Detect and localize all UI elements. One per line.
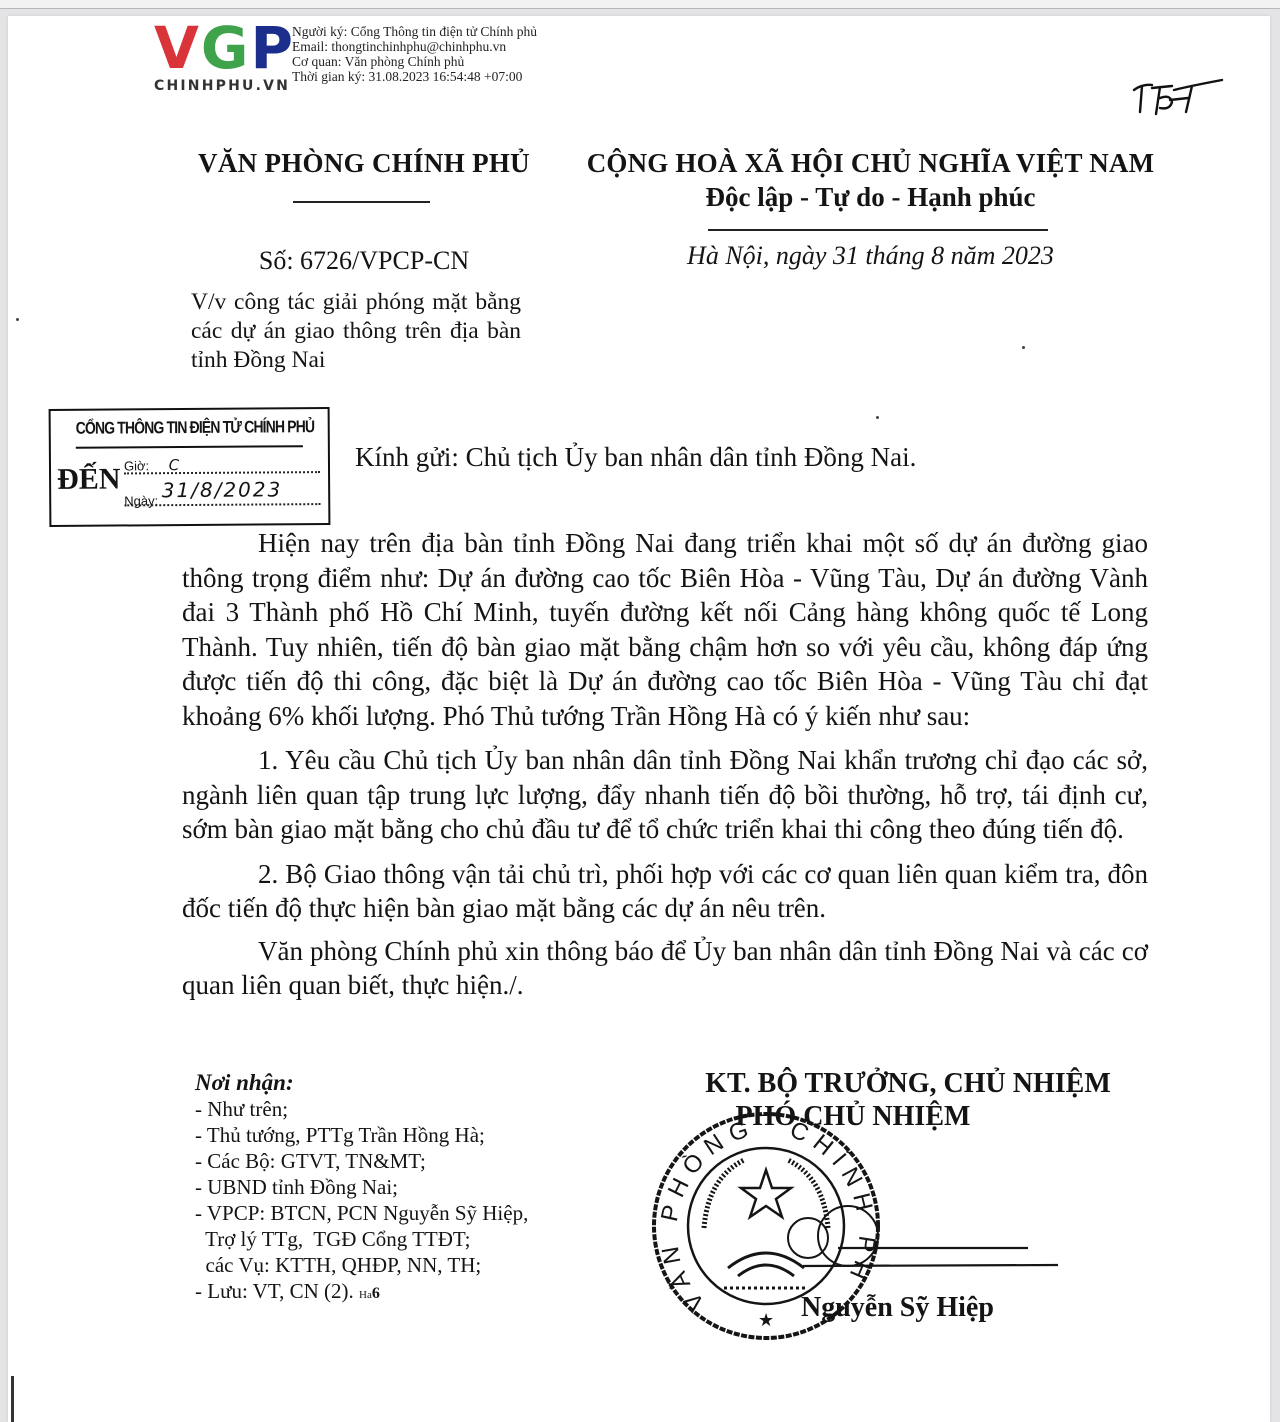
scan-speck <box>1022 346 1025 349</box>
vgp-logo-letters: VGP <box>154 20 294 76</box>
stamp-hour-value: C <box>169 456 182 474</box>
recipient-item: các Vụ: KTTH, QHĐP, NN, TH; <box>195 1252 528 1278</box>
stamp-header: CỔNG THÔNG TIN ĐIỆN TỬ CHÍNH PHỦ <box>76 409 303 449</box>
national-motto: Độc lập - Tự do - Hạnh phúc <box>578 182 1163 213</box>
signed-time-line: Thời gian ký: 31.08.2023 16:54:48 +07:00 <box>292 69 537 84</box>
viewer-top-bar <box>0 0 1280 9</box>
signer-position: PHÓ CHỦ NHIỆM <box>648 1101 1058 1133</box>
stamp-hour-label: Giờ: <box>124 458 149 473</box>
scan-speck <box>876 416 879 419</box>
scan-edge-mark <box>11 1376 14 1422</box>
document-body: Hiện nay trên địa bàn tỉnh Đồng Nai đang… <box>182 526 1148 1013</box>
recipient-item: - Như trên; <box>195 1096 528 1122</box>
scan-speck <box>16 318 19 321</box>
national-title: CỘNG HOÀ XÃ HỘI CHỦ NGHĨA VIỆT NAM <box>578 148 1163 179</box>
issuer-underline <box>293 201 430 203</box>
drafter-initials: Ha <box>359 1289 372 1301</box>
recipient-item: - Thủ tướng, PTTg Trần Hồng Hà; <box>195 1122 528 1148</box>
received-stamp: CỔNG THÔNG TIN ĐIỆN TỬ CHÍNH PHỦ ĐẾN Giờ… <box>49 407 331 527</box>
stamp-hour-field: Giờ: C <box>124 455 320 474</box>
handwritten-note-icon <box>1130 76 1230 126</box>
recipient-item: Trợ lý TTg, TGĐ Cổng TTĐT; <box>195 1226 528 1252</box>
place-date: Hà Nội, ngày 31 tháng 8 năm 2023 <box>578 241 1163 271</box>
recipient-item: - VPCP: BTCN, PCN Nguyễn Sỹ Hiệp, <box>195 1200 528 1226</box>
agency-line: Cơ quan: Văn phòng Chính phủ <box>292 54 537 69</box>
recipient-item: - Lưu: VT, CN (2). Ha6 <box>195 1278 528 1308</box>
svg-text:★: ★ <box>758 1310 774 1330</box>
body-paragraph: 1. Yêu cầu Chủ tịch Ủy ban nhân dân tỉnh… <box>182 743 1148 847</box>
document-page: VGP CHINHPHU.VN Người ký: Cổng Thông tin… <box>8 16 1270 1422</box>
recipients-title: Nơi nhận: <box>195 1070 528 1096</box>
signer-line: Người ký: Cổng Thông tin điện tử Chính p… <box>292 24 537 39</box>
email-line: Email: thongtinchinhphu@chinhphu.vn <box>292 39 537 54</box>
recipients-block: Nơi nhận: - Như trên; - Thủ tướng, PTTg … <box>195 1070 528 1308</box>
digital-signature-info: Người ký: Cổng Thông tin điện tử Chính p… <box>292 24 537 84</box>
vgp-logo: VGP CHINHPHU.VN <box>154 20 294 94</box>
recipient-item: - UBND tỉnh Đồng Nai; <box>195 1174 528 1200</box>
recipient-item: - Các Bộ: GTVT, TN&MT; <box>195 1148 528 1174</box>
copy-count: 6 <box>372 1285 380 1302</box>
stamp-date-field: Ngày: 31/8/2023 <box>124 477 320 506</box>
stamp-date-label: Ngày: <box>124 493 158 508</box>
salutation: Kính gửi: Chủ tịch Ủy ban nhân dân tỉnh … <box>355 442 916 473</box>
stamp-date-value: 31/8/2023 <box>162 477 283 502</box>
issuing-agency: VĂN PHÒNG CHÍNH PHỦ <box>194 148 534 179</box>
vgp-domain: CHINHPHU.VN <box>154 78 294 94</box>
document-number: Số: 6726/VPCP-CN <box>194 246 534 276</box>
document-subject: V/v công tác giải phóng mặt bằng các dự … <box>191 288 521 375</box>
stamp-label: ĐẾN <box>57 462 121 496</box>
signer-name: Nguyễn Sỹ Hiệp <box>801 1292 994 1324</box>
motto-underline <box>708 229 1048 231</box>
body-paragraph: Hiện nay trên địa bàn tỉnh Đồng Nai đang… <box>182 526 1148 733</box>
signer-title: KT. BỘ TRƯỞNG, CHỦ NHIỆM <box>648 1068 1168 1100</box>
body-paragraph: Văn phòng Chính phủ xin thông báo để Ủy … <box>182 934 1148 1003</box>
body-paragraph: 2. Bộ Giao thông vận tải chủ trì, phối h… <box>182 857 1148 926</box>
